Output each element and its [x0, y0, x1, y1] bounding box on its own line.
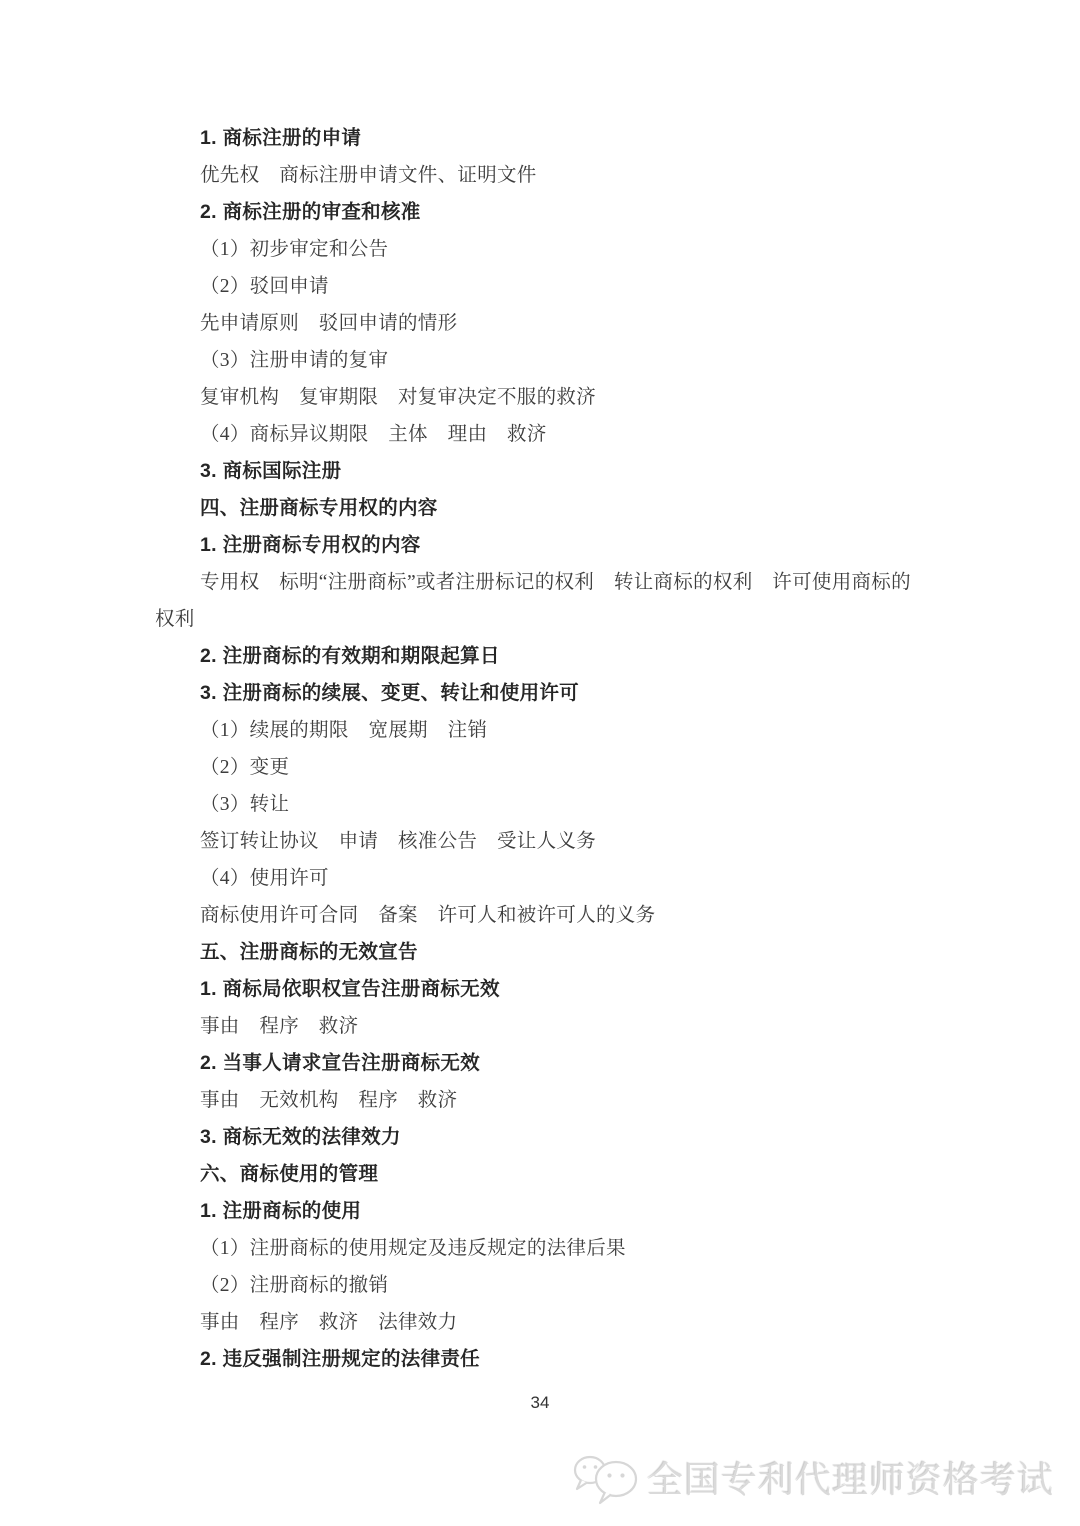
outline-heading: 3. 商标无效的法律效力: [155, 1119, 930, 1156]
outline-body-line: 事由 无效机构 程序 救济: [155, 1082, 930, 1119]
outline-heading: 2. 违反强制注册规定的法律责任: [155, 1341, 930, 1378]
watermark-text: 全国专利代理师资格考试: [647, 1448, 1054, 1512]
outline-body-line: （1）初步审定和公告: [155, 231, 930, 268]
outline-heading: 3. 商标国际注册: [155, 453, 930, 490]
outline-heading: 1. 注册商标专用权的内容: [155, 527, 930, 564]
outline-body-line: 复审机构 复审期限 对复审决定不服的救济: [155, 379, 930, 416]
outline-body-line: 专用权 标明“注册商标”或者注册标记的权利 转让商标的权利 许可使用商标的: [155, 564, 930, 601]
syllabus-outline: 1. 商标注册的申请优先权 商标注册申请文件、证明文件2. 商标注册的审查和核准…: [155, 120, 930, 1378]
outline-body-line: 先申请原则 驳回申请的情形: [155, 305, 930, 342]
outline-heading: 1. 注册商标的使用: [155, 1193, 930, 1230]
outline-body-line: （3）注册申请的复审: [155, 342, 930, 379]
document-page: 1. 商标注册的申请优先权 商标注册申请文件、证明文件2. 商标注册的审查和核准…: [0, 0, 1080, 1526]
outline-heading: 2. 注册商标的有效期和期限起算日: [155, 638, 930, 675]
outline-body-line: （4）商标异议期限 主体 理由 救济: [155, 416, 930, 453]
outline-body-line: （2）注册商标的撤销: [155, 1267, 930, 1304]
outline-body-line: （1）注册商标的使用规定及违反规定的法律后果: [155, 1230, 930, 1267]
outline-heading: 1. 商标注册的申请: [155, 120, 930, 157]
outline-body-line: （1）续展的期限 宽展期 注销: [155, 712, 930, 749]
watermark: 全国专利代理师资格考试: [571, 1448, 1054, 1512]
outline-heading: 3. 注册商标的续展、变更、转让和使用许可: [155, 675, 930, 712]
outline-heading: 2. 商标注册的审查和核准: [155, 194, 930, 231]
outline-body-line: 事由 程序 救济 法律效力: [155, 1304, 930, 1341]
outline-body-line: 优先权 商标注册申请文件、证明文件: [155, 157, 930, 194]
outline-body-line: （2）驳回申请: [155, 268, 930, 305]
outline-body-line: 商标使用许可合同 备案 许可人和被许可人的义务: [155, 897, 930, 934]
outline-body-line: 签订转让协议 申请 核准公告 受让人义务: [155, 823, 930, 860]
outline-heading: 五、注册商标的无效宣告: [155, 934, 930, 971]
wechat-icon: [571, 1448, 643, 1512]
outline-body-line: （3）转让: [155, 786, 930, 823]
page-number: 34: [0, 1391, 1080, 1415]
outline-body-line: （2）变更: [155, 749, 930, 786]
outline-body-line: （4）使用许可: [155, 860, 930, 897]
outline-body-line: 事由 程序 救济: [155, 1008, 930, 1045]
outline-body-line: 权利: [155, 601, 930, 638]
outline-heading: 六、商标使用的管理: [155, 1156, 930, 1193]
outline-heading: 1. 商标局依职权宣告注册商标无效: [155, 971, 930, 1008]
outline-heading: 四、注册商标专用权的内容: [155, 490, 930, 527]
outline-heading: 2. 当事人请求宣告注册商标无效: [155, 1045, 930, 1082]
